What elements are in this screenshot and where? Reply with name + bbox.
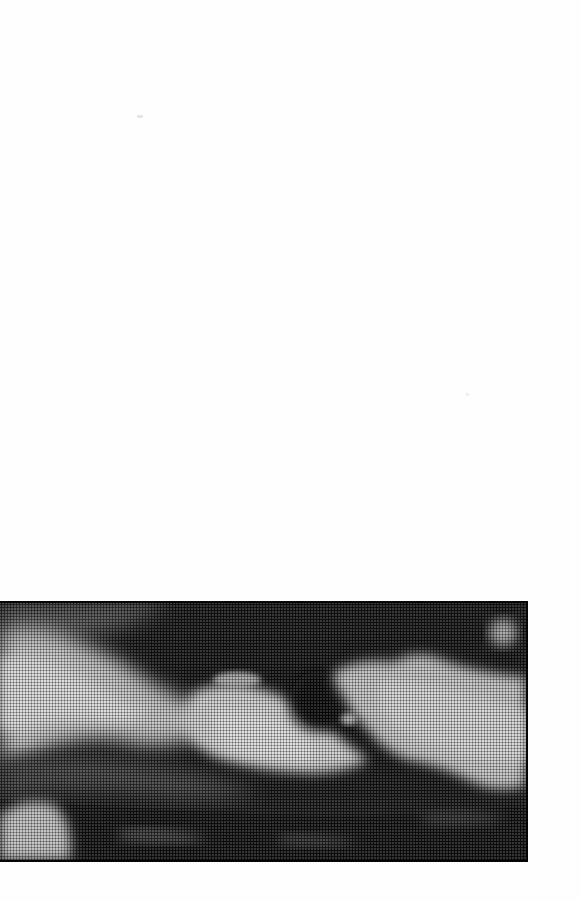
scan-speck <box>137 115 143 118</box>
cloud-shapes <box>0 603 526 860</box>
scanned-page <box>0 0 581 900</box>
scan-speck <box>466 393 469 396</box>
cloud-photograph <box>0 601 528 862</box>
